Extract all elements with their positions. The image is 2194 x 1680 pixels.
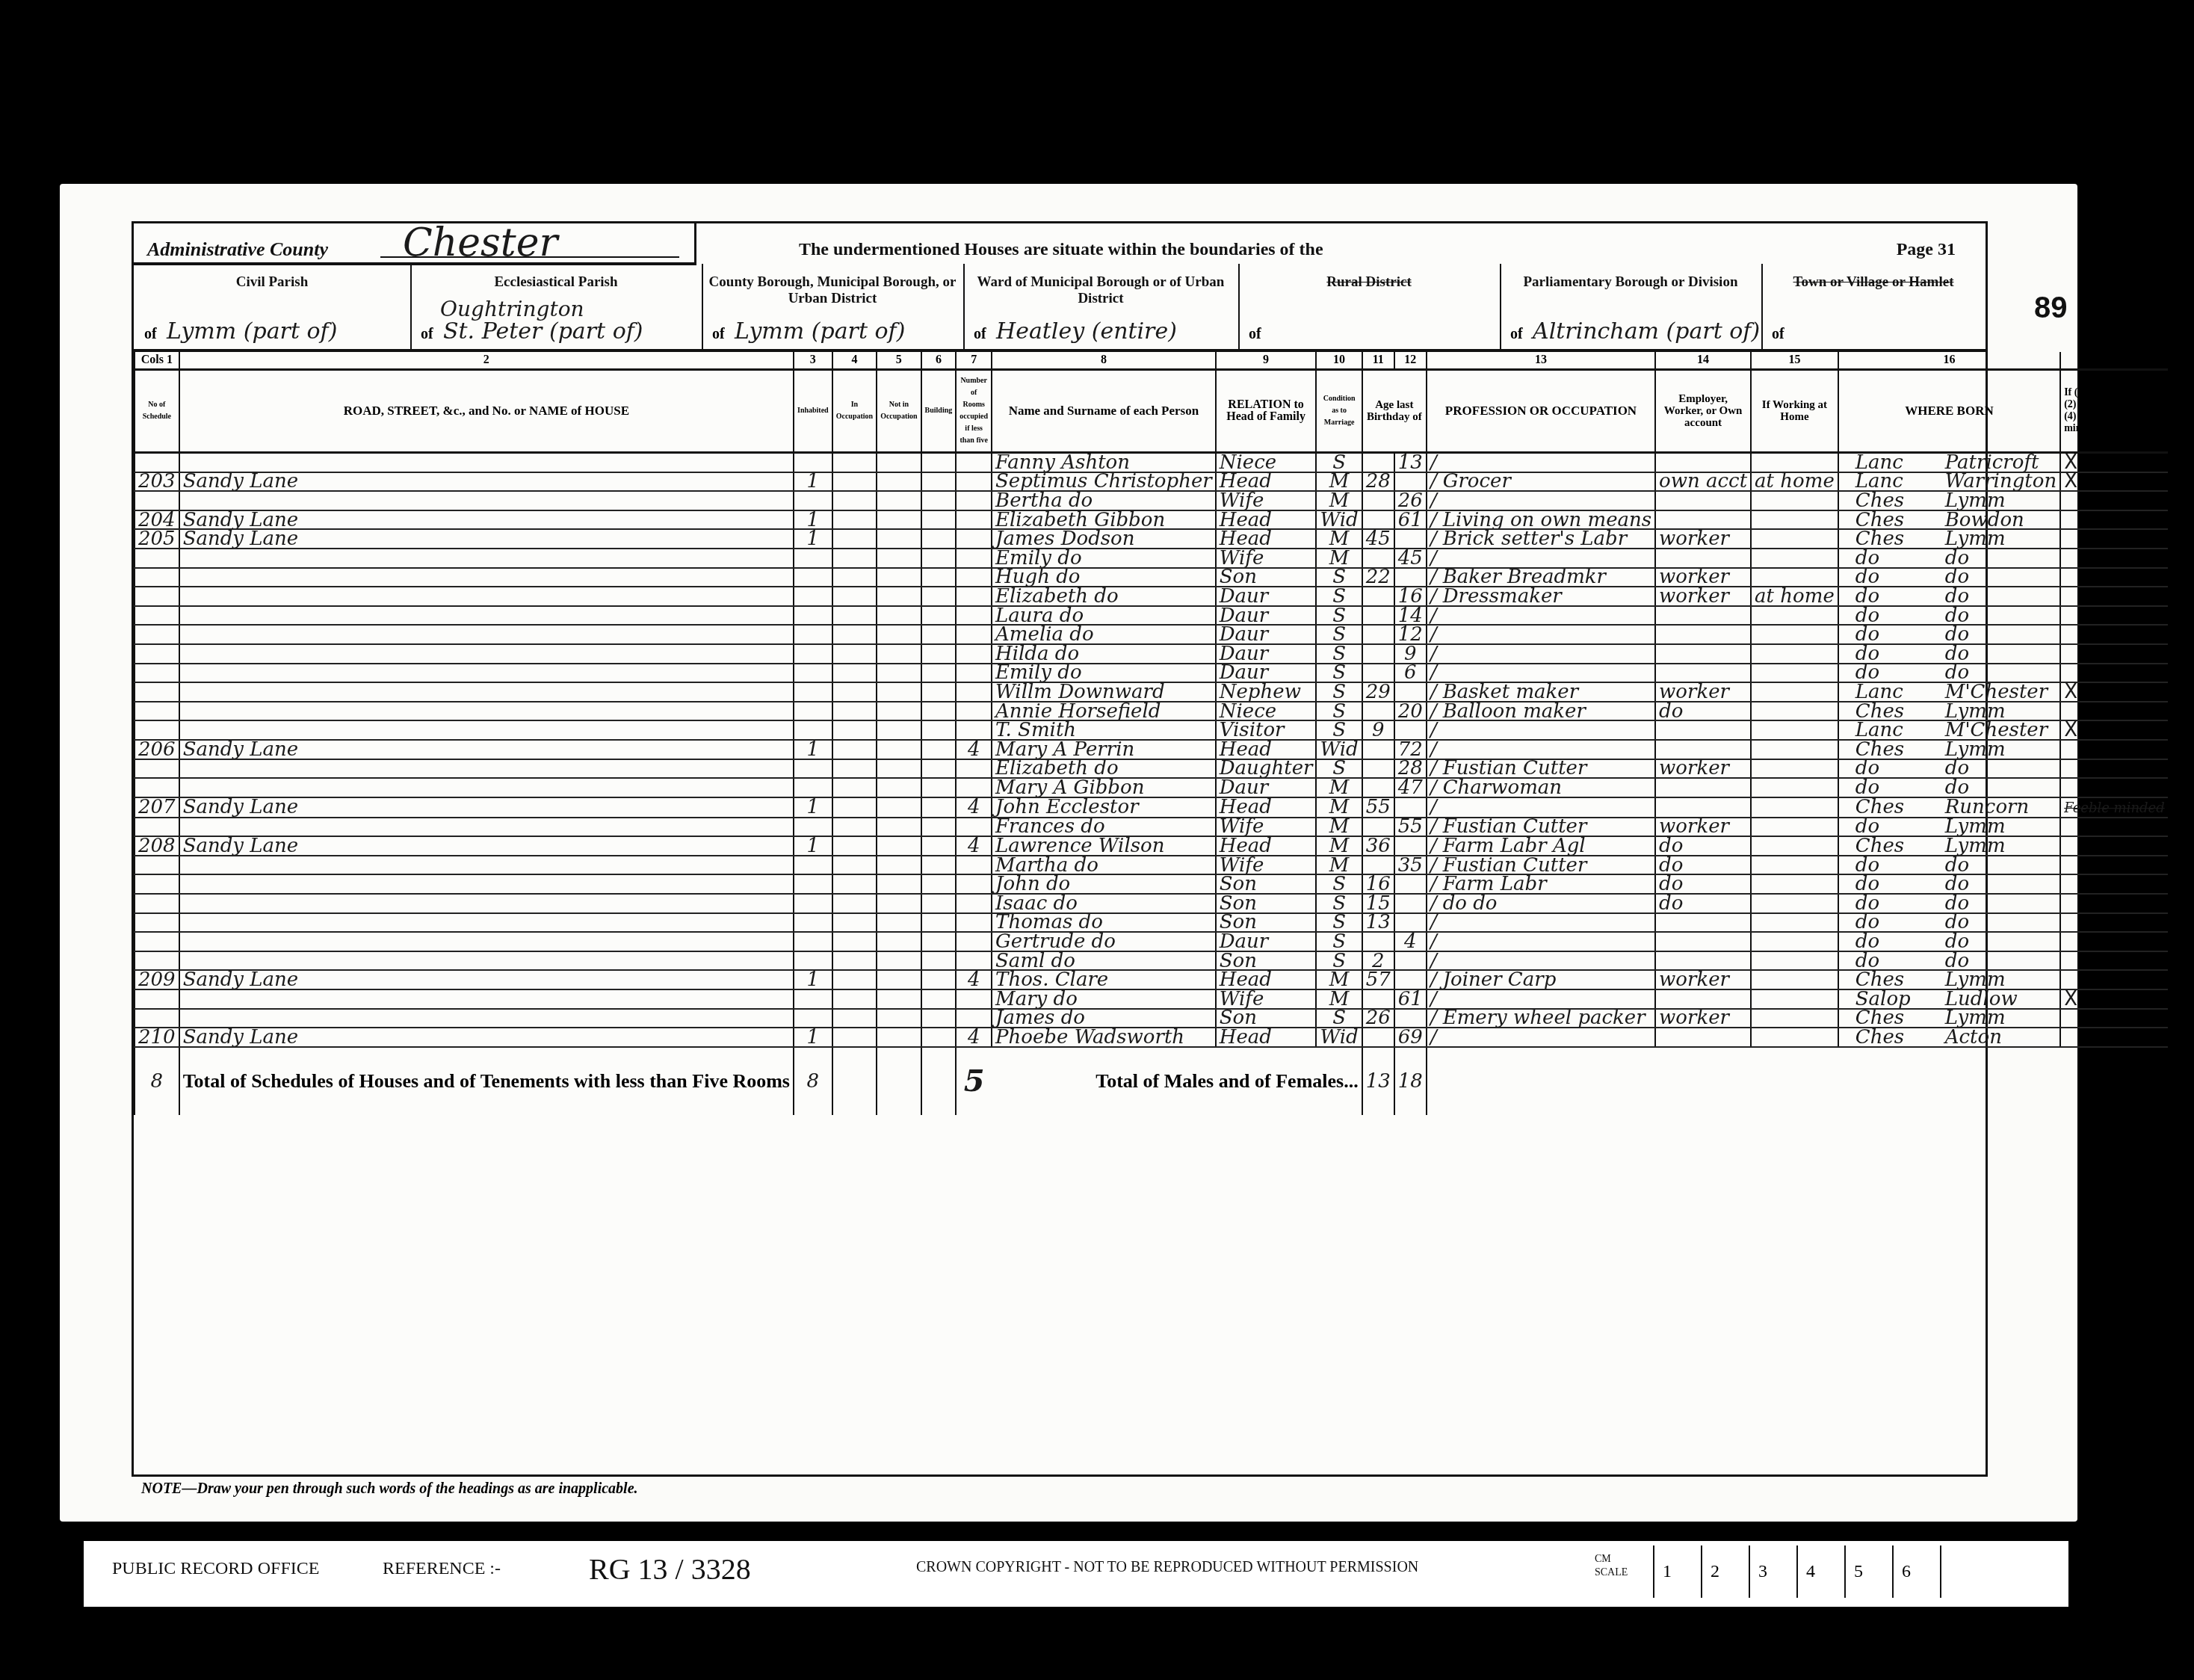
inhabited-count-cell [794, 818, 832, 837]
male-age-cell: 15 [1362, 894, 1394, 913]
not-in-occupation-cell [877, 951, 921, 971]
employer-status-cell [1655, 797, 1751, 818]
infirmity-cell [2060, 568, 2168, 587]
infirmity-cell [2060, 913, 2168, 933]
female-age: 61 [1398, 510, 1423, 530]
female-age-cell: 16 [1394, 587, 1427, 606]
working-at-home-cell: at home [1751, 472, 1838, 492]
col-num: 6 [921, 352, 957, 370]
inhabited-count-cell [794, 913, 832, 933]
building-cell [921, 1009, 957, 1028]
born-county: do [1842, 914, 1945, 930]
male-age-cell [1362, 453, 1394, 472]
condition-cell: S [1316, 759, 1362, 779]
in-occupation-cell [832, 606, 877, 626]
female-age-cell: 20 [1394, 702, 1427, 721]
in-occupation-cell [832, 549, 877, 568]
working-at-home-cell [1751, 818, 1838, 837]
table-row: Elizabeth doDaughterS28Fustian Cutterwor… [135, 759, 2168, 779]
female-age-cell [1394, 913, 1427, 933]
occupation-cell [1427, 644, 1655, 664]
employer-status-cell: worker [1655, 587, 1751, 606]
inhabited-count-cell [794, 720, 832, 740]
born-county: do [1842, 857, 1945, 874]
person-name: Emily do [995, 549, 1082, 568]
relation: Son [1220, 874, 1257, 894]
born-county: do [1842, 664, 1945, 681]
employer-status-cell [1655, 491, 1751, 510]
rooms-count-cell [956, 664, 992, 683]
not-in-occupation-cell [877, 720, 921, 740]
born-place: do [1945, 951, 1969, 971]
where-born-cell: dodo [1838, 894, 2060, 913]
header-where-born: WHERE BORN [1838, 370, 2060, 453]
col-num: 11 [1362, 352, 1394, 370]
schedule-number-cell [135, 856, 179, 875]
born-place: do [1945, 625, 1969, 644]
road-name-cell [179, 644, 794, 664]
schedule-number: 207 [138, 797, 176, 818]
rooms-count-cell: 4 [956, 797, 992, 818]
relation-cell: Son [1216, 1009, 1317, 1028]
in-occupation-cell [832, 913, 877, 933]
table-row: Mary doWifeM61SalopLudlowX [135, 989, 2168, 1009]
col-num: 5 [877, 352, 921, 370]
schedule-number-cell [135, 664, 179, 683]
division-town-village: Town or Village or Hamlet of [1761, 264, 1986, 349]
building-cell [921, 874, 957, 894]
building-cell [921, 491, 957, 510]
infirmity: X [2064, 453, 2077, 472]
schedule-number-cell [135, 702, 179, 721]
male-age-cell: 57 [1362, 970, 1394, 989]
road-name: Sandy Lane [183, 472, 299, 492]
in-occupation-cell [832, 702, 877, 721]
relation-cell: Nephew [1216, 682, 1317, 702]
road-name: Sandy Lane [183, 836, 299, 856]
occupation-cell: do do [1427, 894, 1655, 913]
infirmity-cell: X [2060, 453, 2168, 472]
occupation: Joiner Carp [1443, 970, 1557, 989]
male-age: 13 [1366, 913, 1391, 933]
not-in-occupation-cell [877, 759, 921, 779]
male-age-cell: 22 [1362, 568, 1394, 587]
rooms-count-cell [956, 529, 992, 549]
infirmity-cell [2060, 549, 2168, 568]
female-age: 47 [1398, 778, 1423, 797]
road-name: Sandy Lane [183, 510, 299, 530]
division-of: of [144, 326, 157, 343]
female-age-cell [1394, 682, 1427, 702]
road-name: Sandy Lane [183, 1028, 299, 1047]
totals-blank [1427, 1047, 2168, 1115]
inhabited-count-cell [794, 453, 832, 472]
schedule-number: 210 [138, 1028, 176, 1047]
scale-mark: 1 [1653, 1545, 1680, 1598]
scale-mark: 3 [1749, 1545, 1776, 1598]
division-title: Parliamentary Borough or Division [1500, 274, 1761, 291]
not-in-occupation-total [877, 1047, 921, 1115]
working-at-home-cell: at home [1751, 587, 1838, 606]
rooms-count-cell [956, 644, 992, 664]
building-cell [921, 549, 957, 568]
rooms-count-cell [956, 549, 992, 568]
where-born-cell: dodo [1838, 951, 2060, 971]
rooms-count: 4 [968, 797, 980, 818]
born-county: do [1842, 646, 1945, 662]
females-total: 18 [1394, 1047, 1427, 1115]
born-county: do [1842, 779, 1945, 796]
male-age-cell: 13 [1362, 913, 1394, 933]
working-at-home-cell [1751, 740, 1838, 759]
header-in-occupation: In Occupation [832, 370, 877, 453]
person-name: Elizabeth do [995, 587, 1119, 606]
working-at-home-cell [1751, 453, 1838, 472]
relation-cell: Daur [1216, 587, 1317, 606]
person-name-cell: James Dodson [992, 529, 1216, 549]
employer-status-cell [1655, 913, 1751, 933]
born-place: do [1945, 856, 1969, 875]
condition: S [1332, 644, 1346, 664]
inhabited-count-cell: 1 [794, 970, 832, 989]
building-cell [921, 453, 957, 472]
employer-status-cell [1655, 989, 1751, 1009]
condition: S [1332, 1009, 1346, 1028]
female-age-cell [1394, 529, 1427, 549]
infirmity-cell [2060, 836, 2168, 856]
person-name: Mary do [995, 989, 1078, 1009]
employer-status: worker [1659, 970, 1729, 989]
road-name-cell [179, 702, 794, 721]
person-name-cell: Emily do [992, 549, 1216, 568]
not-in-occupation-cell [877, 818, 921, 837]
employer-status: own acct [1659, 472, 1747, 492]
born-place: Runcorn [1945, 797, 2029, 818]
employer-status-cell: worker [1655, 682, 1751, 702]
female-age-cell [1394, 951, 1427, 971]
condition-cell: S [1316, 664, 1362, 683]
male-age-cell [1362, 818, 1394, 837]
born-county: Ches [1842, 703, 1945, 720]
working-at-home-cell [1751, 913, 1838, 933]
female-age: 61 [1398, 989, 1423, 1009]
born-county: Lanc [1842, 454, 1945, 471]
condition-cell: M [1316, 818, 1362, 837]
schedule-number-cell [135, 644, 179, 664]
infirmity-cell [2060, 664, 2168, 683]
schedule-number-cell [135, 894, 179, 913]
born-place: do [1945, 644, 1969, 664]
rooms-count-cell [956, 606, 992, 626]
where-born-cell: ChesLymm [1838, 970, 2060, 989]
road-name-cell [179, 932, 794, 951]
road-name-cell [179, 549, 794, 568]
where-born-cell: doLymm [1838, 818, 2060, 837]
employer-status-cell: do [1655, 874, 1751, 894]
inhabited-count: 1 [807, 1028, 820, 1047]
rooms-count-cell [956, 491, 992, 510]
infirmity-cell [2060, 818, 2168, 837]
road-name-cell: Sandy Lane [179, 797, 794, 818]
person-name-cell: Willm Downward [992, 682, 1216, 702]
person-name: Mary A Gibbon [995, 778, 1144, 797]
working-at-home-cell [1751, 702, 1838, 721]
not-in-occupation-cell [877, 797, 921, 818]
infirmity-cell: X [2060, 682, 2168, 702]
folio-number: 89 [2034, 291, 2068, 325]
infirmity-cell: X [2060, 472, 2168, 492]
born-county: do [1842, 953, 1945, 969]
born-county: do [1842, 760, 1945, 776]
employer-status-cell [1655, 740, 1751, 759]
not-in-occupation-cell [877, 453, 921, 472]
table-row: Frances doWifeM55Fustian CutterworkerdoL… [135, 818, 2168, 837]
born-county: Ches [1842, 1010, 1945, 1026]
totals-row: 8Total of Schedules of Houses and of Ten… [135, 1047, 2168, 1115]
occupation-cell: Charwoman [1427, 778, 1655, 797]
where-born-cell: dodo [1838, 759, 2060, 779]
infirmity-cell [2060, 874, 2168, 894]
person-name-cell: Isaac do [992, 894, 1216, 913]
female-age-cell: 61 [1394, 989, 1427, 1009]
schedule-number-cell: 207 [135, 797, 179, 818]
in-occupation-cell [832, 472, 877, 492]
person-name: Septimus Christopher [995, 472, 1212, 492]
condition: S [1332, 874, 1346, 894]
rooms-count: 4 [968, 836, 980, 856]
road-name-cell [179, 606, 794, 626]
relation-cell: Niece [1216, 702, 1317, 721]
born-county: do [1842, 933, 1945, 950]
person-name: Isaac do [995, 894, 1078, 913]
table-row: Emily doDaurS6dodo [135, 664, 2168, 683]
building-cell [921, 951, 957, 971]
in-occupation-cell [832, 970, 877, 989]
employer-status: do [1659, 894, 1683, 913]
relation: Daur [1220, 625, 1269, 644]
condition: M [1329, 491, 1350, 510]
relation-cell: Wife [1216, 856, 1317, 875]
born-place: Ludlow [1945, 989, 2018, 1009]
in-occupation-cell [832, 664, 877, 683]
person-name-cell: Bertha do [992, 491, 1216, 510]
not-in-occupation-cell [877, 856, 921, 875]
male-age-cell [1362, 491, 1394, 510]
person-name-cell: Phoebe Wadsworth [992, 1028, 1216, 1047]
person-name: Hugh do [995, 568, 1080, 587]
schedule-number-cell [135, 989, 179, 1009]
condition-cell: S [1316, 453, 1362, 472]
relation-cell: Head [1216, 472, 1317, 492]
working-at-home-cell [1751, 606, 1838, 626]
building-cell [921, 702, 957, 721]
relation-cell: Son [1216, 951, 1317, 971]
working-at-home-cell [1751, 664, 1838, 683]
born-place: Acton [1945, 1028, 2002, 1047]
page-number: Page 31 [1897, 240, 1956, 260]
working-at-home-cell [1751, 491, 1838, 510]
born-county: do [1842, 608, 1945, 624]
in-occupation-cell [832, 759, 877, 779]
building-cell [921, 836, 957, 856]
table-row: Isaac doSonS15do dodododo [135, 894, 2168, 913]
person-name: Fanny Ashton [995, 453, 1130, 472]
condition: S [1332, 759, 1346, 779]
where-born-cell: ChesRuncorn [1838, 797, 2060, 818]
table-row: 209Sandy Lane14Thos. ClareHeadM57Joiner … [135, 970, 2168, 989]
born-place: Bowdon [1945, 510, 2024, 530]
relation: Head [1220, 836, 1272, 856]
schedule-number-cell [135, 951, 179, 971]
inhabited-count-cell [794, 606, 832, 626]
col-num: 7 [956, 352, 992, 370]
person-name: Martha do [995, 856, 1098, 875]
born-county: Lanc [1842, 684, 1945, 700]
footnote: NOTE—Draw your pen through such words of… [141, 1480, 638, 1498]
infirmity-cell [2060, 644, 2168, 664]
relation: Son [1220, 951, 1257, 971]
person-name-cell: James do [992, 1009, 1216, 1028]
rooms-count-cell [956, 587, 992, 606]
female-age-cell [1394, 797, 1427, 818]
building-cell [921, 970, 957, 989]
condition: S [1332, 587, 1346, 606]
col-num: 10 [1316, 352, 1362, 370]
condition-cell: S [1316, 568, 1362, 587]
scale-mark [1940, 1545, 1967, 1598]
road-name-cell: Sandy Lane [179, 970, 794, 989]
inhabited-count: 1 [807, 472, 820, 492]
occupation-cell: Emery wheel packer [1427, 1009, 1655, 1028]
person-name-cell: Martha do [992, 856, 1216, 875]
infirmity: X [2064, 989, 2077, 1009]
employer-status-cell [1655, 625, 1751, 644]
road-name-cell [179, 874, 794, 894]
division-rural-district: Rural District of [1238, 264, 1501, 349]
admin-county-value: Chester [403, 220, 557, 265]
person-name: John Ecclestor [995, 797, 1139, 818]
male-age-cell: 55 [1362, 797, 1394, 818]
header-name: Name and Surname of each Person [992, 370, 1216, 453]
person-name-cell: Amelia do [992, 625, 1216, 644]
table-row: Annie HorsefieldNieceS20Balloon makerdoC… [135, 702, 2168, 721]
person-name-cell: Gertrude do [992, 932, 1216, 951]
road-name-cell [179, 453, 794, 472]
road-name-cell [179, 759, 794, 779]
in-occupation-cell [832, 740, 877, 759]
infirmity: X [2064, 472, 2077, 492]
person-name: Elizabeth do [995, 759, 1119, 779]
working-at-home: at home [1755, 587, 1835, 606]
relation-cell: Wife [1216, 818, 1317, 837]
not-in-occupation-cell [877, 970, 921, 989]
male-age-cell [1362, 932, 1394, 951]
division-civil-parish: Civil Parish of Lymm (part of) [134, 264, 412, 349]
header-age: Age last Birthday of [1362, 370, 1427, 453]
schedule-number-cell [135, 491, 179, 510]
in-occupation-cell [832, 856, 877, 875]
inhabited-count-cell [794, 491, 832, 510]
employer-status-cell: do [1655, 836, 1751, 856]
person-name: Saml do [995, 951, 1075, 971]
schedule-number-cell [135, 568, 179, 587]
male-age: 28 [1366, 472, 1391, 492]
condition-cell: M [1316, 989, 1362, 1009]
where-born-cell: dodo [1838, 932, 2060, 951]
table-row: Hilda doDaurS9dodo [135, 644, 2168, 664]
in-occupation-cell [832, 797, 877, 818]
infirmity-cell [2060, 740, 2168, 759]
born-place: Patricroft [1945, 453, 2039, 472]
relation-cell: Head [1216, 740, 1317, 759]
born-place: do [1945, 568, 1969, 587]
males-total: 13 [1362, 1047, 1394, 1115]
relation: Daughter [1220, 759, 1313, 779]
infirmity-cell [2060, 759, 2168, 779]
person-name-cell: Frances do [992, 818, 1216, 837]
copyright-notice: CROWN COPYRIGHT - NOT TO BE REPRODUCED W… [916, 1559, 1418, 1576]
in-occupation-cell [832, 587, 877, 606]
schedule-number-cell: 204 [135, 510, 179, 530]
in-occupation-cell [832, 529, 877, 549]
employer-status: worker [1659, 1009, 1729, 1028]
male-age-cell: 26 [1362, 1009, 1394, 1028]
where-born-cell: ChesLymm [1838, 740, 2060, 759]
inhabited-count-cell: 1 [794, 740, 832, 759]
road-name-cell [179, 1009, 794, 1028]
person-name-cell: Emily do [992, 664, 1216, 683]
where-born-cell: dodo [1838, 913, 2060, 933]
born-county: Ches [1842, 512, 1945, 528]
schedule-number: 203 [138, 472, 176, 492]
relation-cell: Head [1216, 529, 1317, 549]
inhabited-count-cell [794, 989, 832, 1009]
working-at-home-cell [1751, 568, 1838, 587]
condition: M [1329, 989, 1350, 1009]
schedule-number-cell [135, 759, 179, 779]
rooms-count-cell [956, 702, 992, 721]
relation-cell: Son [1216, 894, 1317, 913]
table-row: John doSonS16Farm Labrdododo [135, 874, 2168, 894]
condition: M [1329, 856, 1350, 875]
header-rooms: Number of Rooms occupied if less than fi… [956, 370, 992, 453]
relation: Wife [1220, 989, 1264, 1009]
female-age: 69 [1398, 1028, 1423, 1047]
condition-cell: S [1316, 894, 1362, 913]
where-born-cell: ChesActon [1838, 1028, 2060, 1047]
employer-status: do [1659, 836, 1683, 856]
relation: Niece [1220, 453, 1276, 472]
condition: S [1332, 932, 1346, 951]
in-occupation-cell [832, 720, 877, 740]
male-age: 57 [1366, 970, 1391, 989]
not-in-occupation-cell [877, 587, 921, 606]
in-occupation-cell [832, 818, 877, 837]
infirmity: X [2064, 682, 2077, 702]
inhabited-count-cell [794, 549, 832, 568]
rooms-count-cell [956, 625, 992, 644]
schedule-number-cell [135, 606, 179, 626]
female-age-cell: 12 [1394, 625, 1427, 644]
not-in-occupation-cell [877, 491, 921, 510]
condition-cell: M [1316, 778, 1362, 797]
relation: Son [1220, 568, 1257, 587]
inhabited-count: 1 [807, 529, 820, 549]
person-name-cell: Hilda do [992, 644, 1216, 664]
division-of: of [1772, 326, 1784, 343]
inhabited-count-cell: 1 [794, 510, 832, 530]
born-place: do [1945, 587, 1969, 606]
